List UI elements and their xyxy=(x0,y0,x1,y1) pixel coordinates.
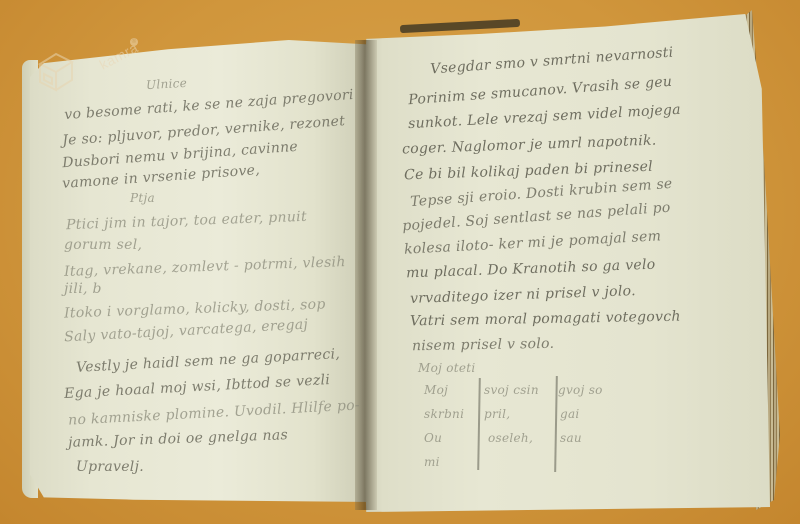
left-line-9: jili, b xyxy=(64,282,102,296)
left-line-16: Upravelj. xyxy=(76,460,144,474)
table-col3-row1: gvoj so xyxy=(558,384,603,396)
table-col1-row2: skrbni xyxy=(424,408,464,420)
table-col2-row1: svoj csin xyxy=(484,384,539,396)
binding-edge xyxy=(400,19,520,33)
registered-mark: ® xyxy=(130,38,138,46)
table-col2-row3: oseleh, xyxy=(488,432,533,444)
table-col1-row1: Moj xyxy=(424,384,448,396)
table-col1-row4: mi xyxy=(424,456,440,468)
left-line-7: gorum sel, xyxy=(64,238,142,252)
kamra-watermark: kamra ® xyxy=(36,20,126,90)
table-col2-row2: pril, xyxy=(484,408,510,420)
notebook-photo: kamra ® Ulnice vo besome rati, ke se ne … xyxy=(0,0,800,524)
left-subheading: Ptja xyxy=(130,192,155,204)
notebook-gutter xyxy=(355,40,377,510)
table-col3-row2: gai xyxy=(560,408,580,420)
right-table-heading: Moj oteti xyxy=(418,362,476,374)
table-col3-row3: sau xyxy=(560,432,582,444)
left-heading: Ulnice xyxy=(146,77,188,91)
table-col1-row3: Ou xyxy=(424,432,442,444)
right-line-12: nisem prisel v solo. xyxy=(412,337,555,353)
kamra-logo-icon xyxy=(36,50,76,94)
